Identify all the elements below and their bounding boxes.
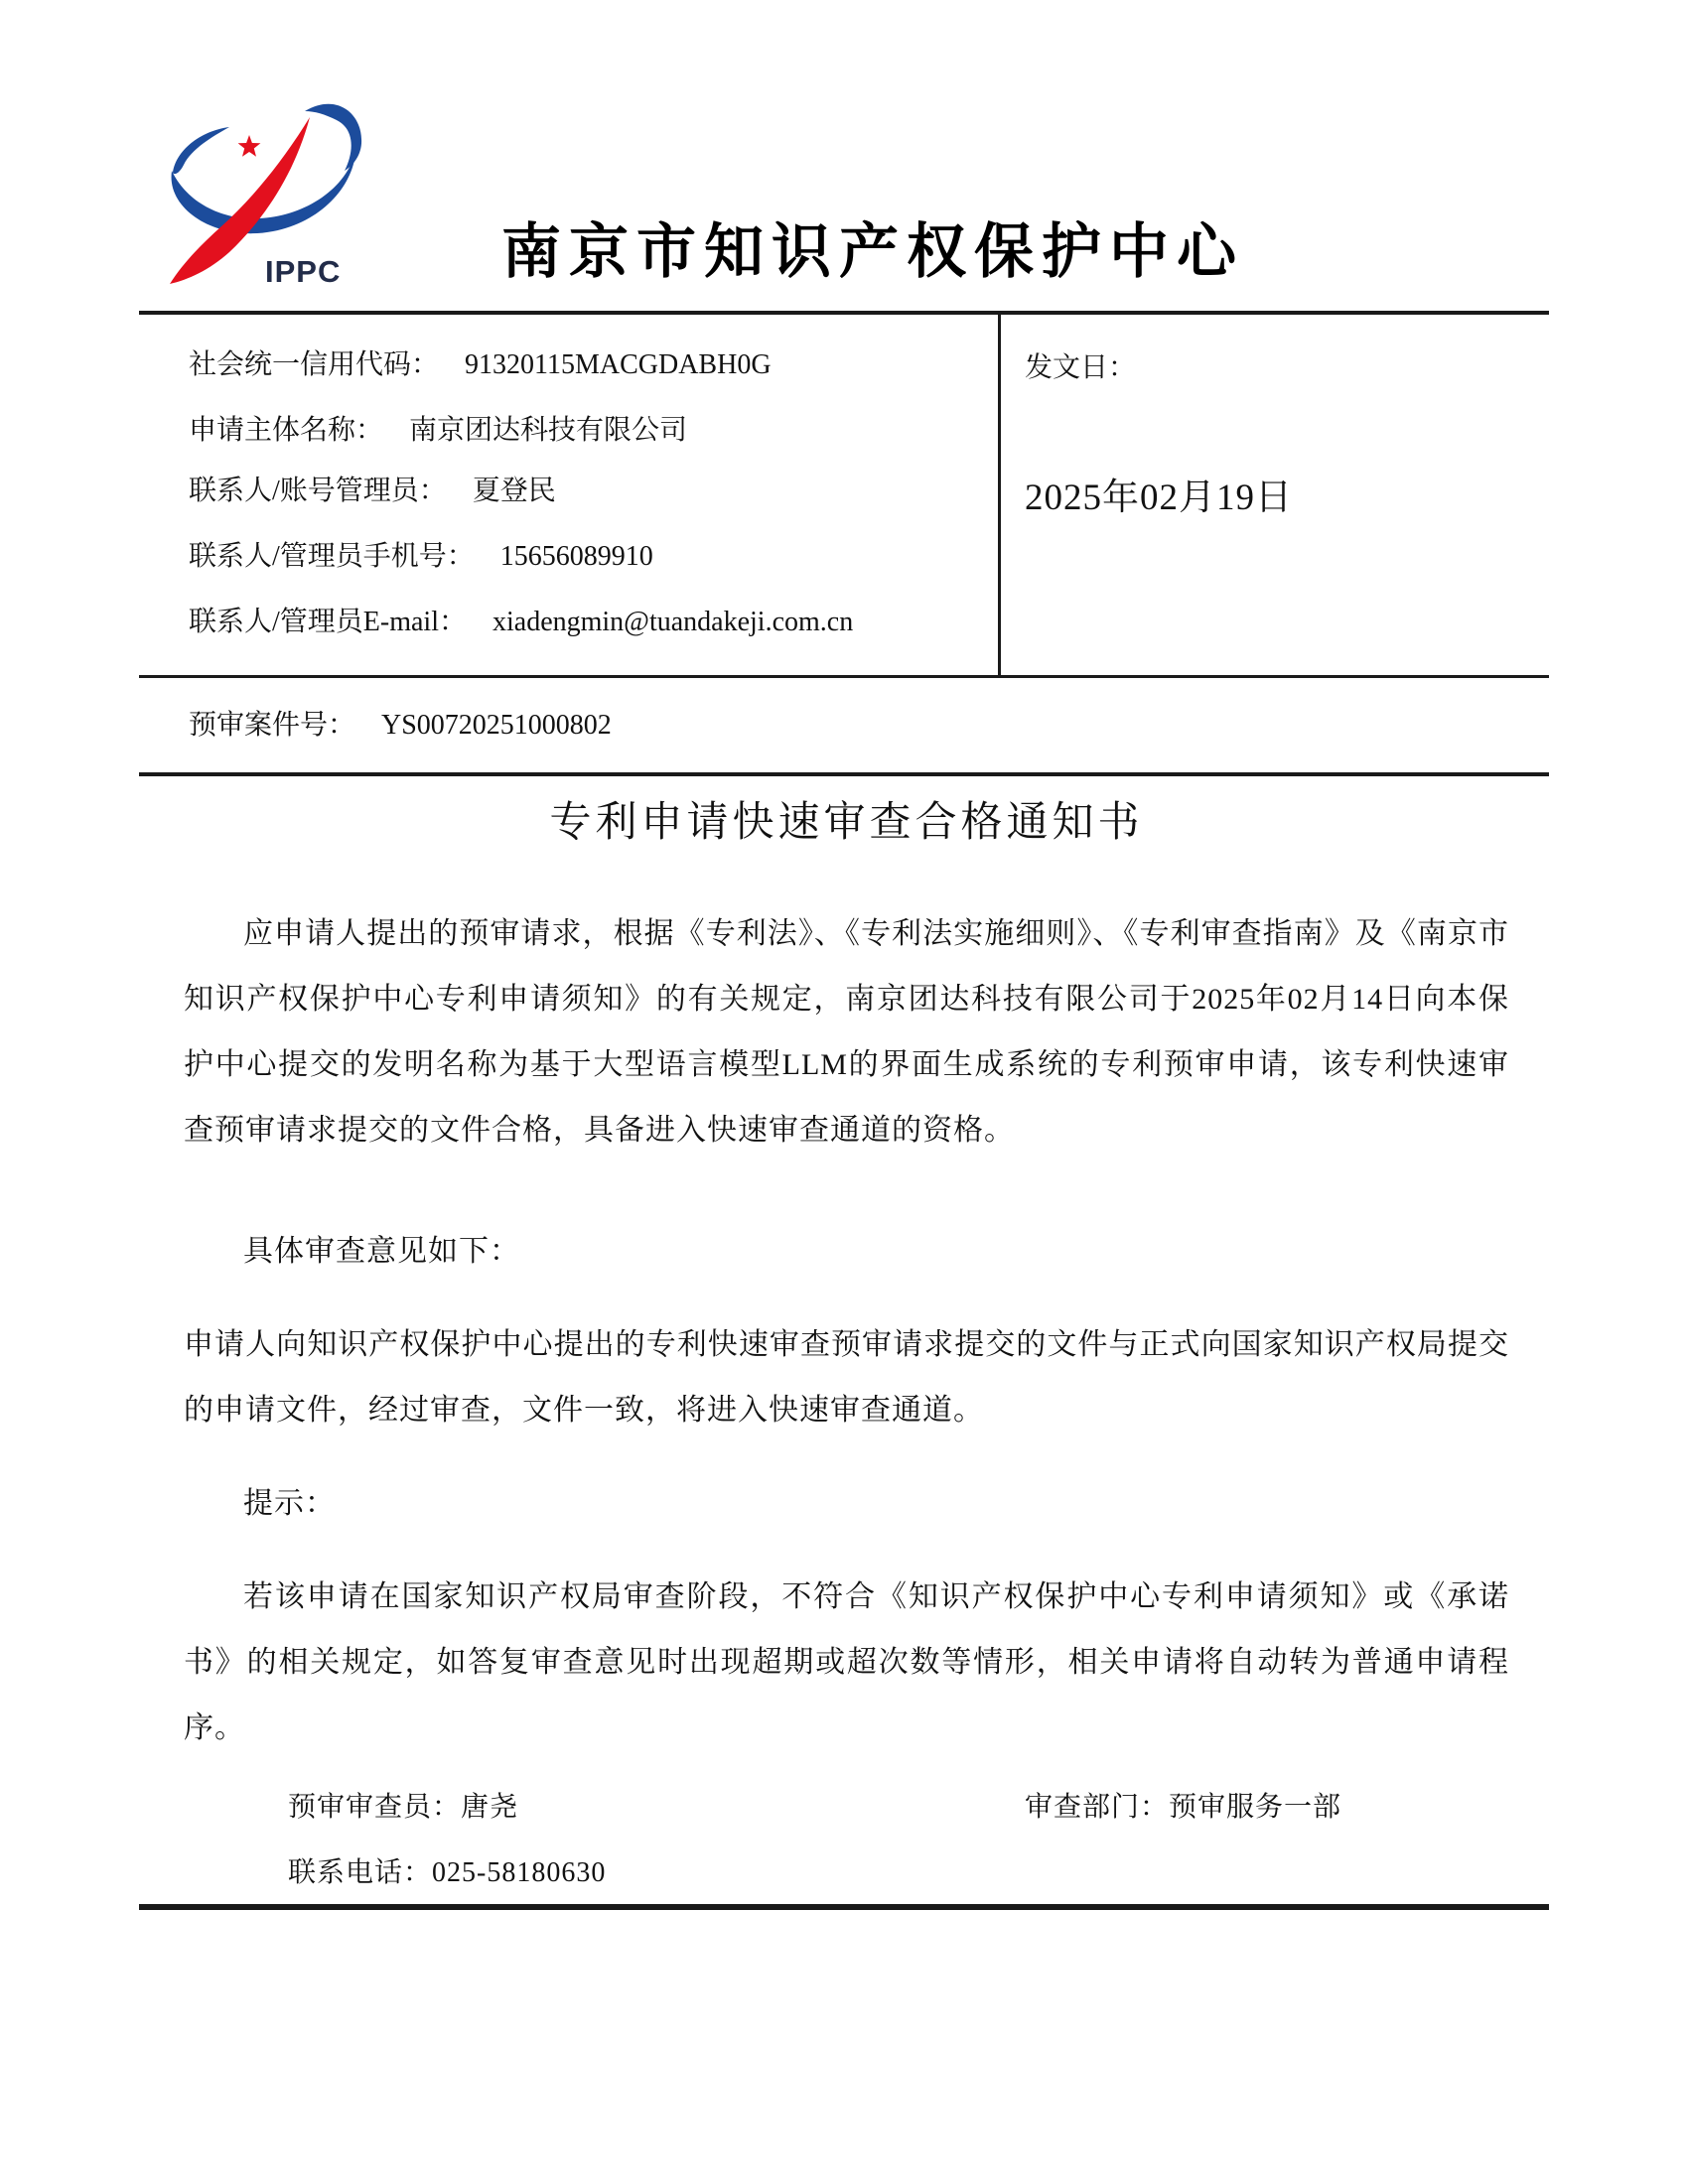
footer-row-phone: 联系电话：025-58180630	[184, 1841, 1509, 1906]
issue-date-label: 发文日：	[1025, 345, 1136, 385]
info-row-email: 联系人/管理员E-mail：xiadengmin@tuandakeji.com.…	[189, 600, 853, 639]
case-number-row: 预审案件号：YS00720251000802	[189, 703, 612, 743]
contact-phone-label: 联系电话：	[288, 1857, 432, 1888]
examiner-label: 预审审查员：	[288, 1792, 461, 1823]
email-label: 联系人/管理员E-mail：	[189, 607, 467, 637]
credit-code-value: 91320115MACGDABH0G	[465, 349, 772, 380]
case-number-value: YS00720251000802	[381, 710, 612, 741]
department-label: 审查部门：	[1025, 1792, 1169, 1823]
contact-phone-value: 025-58180630	[432, 1857, 606, 1888]
applicant-value: 南京团达科技有限公司	[409, 415, 687, 446]
logo-wordmark: IPPC	[265, 254, 341, 290]
examiner-field: 预审审查员：唐尧	[288, 1775, 518, 1841]
notice-document: IPPC 南京市知识产权保护中心 社会统一信用代码：91320115MACGDA…	[0, 0, 1688, 2184]
case-number-label: 预审案件号：	[189, 710, 355, 741]
applicant-label: 申请主体名称：	[189, 415, 383, 446]
contact-phone-field: 联系电话：025-58180630	[288, 1841, 606, 1906]
department-value: 预审服务一部	[1169, 1792, 1341, 1823]
notice-title: 专利申请快速审查合格通知书	[184, 789, 1509, 849]
notice-body: 应申请人提出的预审请求，根据《专利法》、《专利法实施细则》、《专利审查指南》及《…	[184, 901, 1509, 1906]
notice-paragraph-2: 申请人向知识产权保护中心提出的专利快速审查预审请求提交的文件与正式向国家知识产权…	[184, 1312, 1509, 1443]
info-row-phone: 联系人/管理员手机号：15656089910	[189, 534, 653, 574]
phone-value: 15656089910	[500, 541, 653, 572]
notice-paragraph-1: 应申请人提出的预审请求，根据《专利法》、《专利法实施细则》、《专利审查指南》及《…	[184, 901, 1509, 1163]
logo-star-icon	[238, 135, 261, 157]
email-value: xiadengmin@tuandakeji.com.cn	[492, 607, 853, 637]
info-row-applicant: 申请主体名称：南京团达科技有限公司	[189, 408, 687, 448]
footer-row-examiner: 预审审查员：唐尧 审查部门：预审服务一部	[184, 1775, 1509, 1841]
credit-code-label: 社会统一信用代码：	[189, 349, 439, 380]
opinion-heading: 具体审查意见如下：	[184, 1219, 1509, 1285]
table-top-rule	[139, 311, 1549, 315]
org-name-title: 南京市知识产权保护中心	[501, 205, 1244, 290]
logo-blue-inner-arc	[173, 127, 229, 174]
table-middle-rule	[139, 675, 1549, 678]
notice-paragraph-3: 若该申请在国家知识产权局审查阶段，不符合《知识产权保护中心专利申请须知》或《承诺…	[184, 1565, 1509, 1761]
info-row-credit-code: 社会统一信用代码：91320115MACGDABH0G	[189, 342, 772, 382]
logo-blue-hook	[305, 104, 361, 171]
contact-label: 联系人/账号管理员：	[189, 476, 447, 506]
issue-date-value: 2025年02月19日	[1025, 467, 1293, 520]
tip-heading: 提示：	[184, 1471, 1509, 1537]
department-field: 审查部门：预审服务一部	[1025, 1775, 1341, 1841]
table-column-divider	[998, 311, 1001, 678]
contact-value: 夏登民	[473, 476, 556, 506]
ippc-logo: IPPC	[114, 60, 372, 293]
phone-label: 联系人/管理员手机号：	[189, 541, 475, 572]
examiner-value: 唐尧	[461, 1792, 518, 1823]
table-bottom-rule	[139, 772, 1549, 776]
info-row-contact: 联系人/账号管理员：夏登民	[189, 469, 556, 508]
